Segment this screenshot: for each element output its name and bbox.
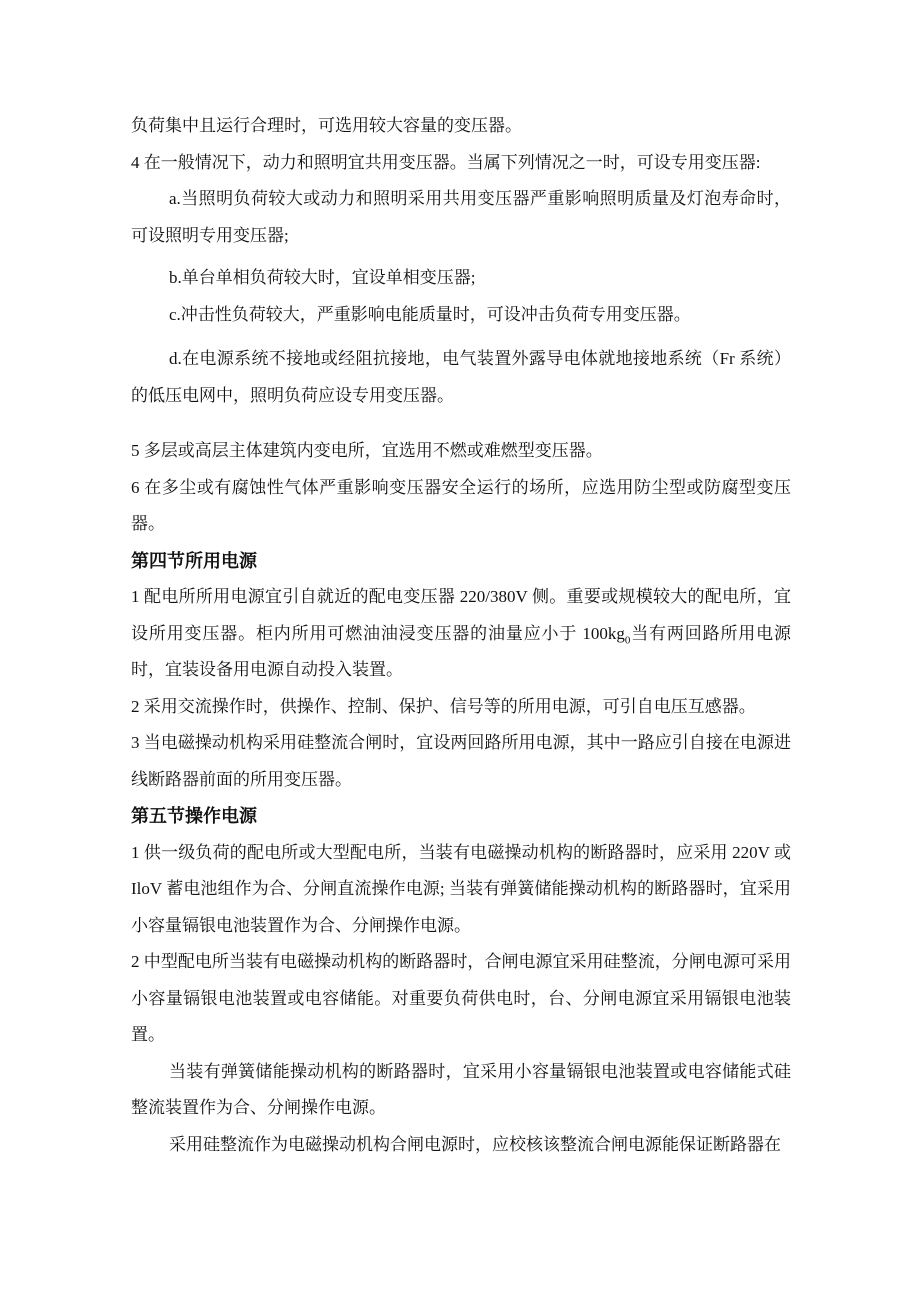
document-body: 负荷集中且运行合理时，可选用较大容量的变压器。 4 在一般情况下，动力和照明宜共… [131, 108, 791, 1163]
paragraph-item-b-single-phase-transformer: b.单台单相负荷较大时，宜设单相变压器; [131, 260, 791, 297]
document-page: 负荷集中且运行合理时，可选用较大容量的变压器。 4 在一般情况下，动力和照明宜共… [0, 0, 920, 1301]
section-heading-operating-power: 第五节操作电源 [131, 798, 791, 835]
paragraph-item-d-ungrounded-system: d.在电源系统不接地或经阻抗接地，电气装置外露导电体就地接地系统（Fr 系统）的… [131, 341, 791, 414]
paragraph-clause-1-station-service-source: 1 配电所所用电源宜引自就近的配电变压器 220/380V 侧。重要或规模较大的… [131, 579, 791, 689]
section-heading-station-service-power: 第四节所用电源 [131, 543, 791, 580]
paragraph-clause-2-ac-operation-source: 2 采用交流操作时，供操作、控制、保护、信号等的所用电源，可引自电压互感器。 [131, 689, 791, 726]
paragraph-item-c-impact-load-transformer: c.冲击性负荷较大，严重影响电能质量时，可设冲击负荷专用变压器。 [131, 297, 791, 334]
paragraph-spring-stored-energy-breaker: 当装有弹簧储能操动机构的断路器时，宜采用小容量镉银电池装置或电容储能式硅整流装置… [131, 1054, 791, 1127]
paragraph-transformer-capacity-continuation: 负荷集中且运行合理时，可选用较大容量的变压器。 [131, 108, 791, 145]
paragraph-clause-4-shared-transformer: 4 在一般情况下，动力和照明宜共用变压器。当属下列情况之一时，可设专用变压器: [131, 145, 791, 182]
paragraph-clause-6-dustproof-transformer: 6 在多尘或有腐蚀性气体严重影响变压器安全运行的场所，应选用防尘型或防腐型变压器… [131, 470, 791, 543]
paragraph-clause-5-flame-retardant-transformer: 5 多层或高层主体建筑内变电所，宜选用不燃或难燃型变压器。 [131, 433, 791, 470]
paragraph-clause-3-silicon-rectifier-closing: 3 当电磁操动机构采用硅整流合闸时，宜设两回路所用电源，其中一路应引自接在电源进… [131, 725, 791, 798]
paragraph-clause-1-first-class-load-battery: 1 供一级负荷的配电所或大型配电所，当装有电磁操动机构的断路器时，应采用 220… [131, 835, 791, 945]
paragraph-rectifier-closing-check: 采用硅整流作为电磁操动机构合闸电源时，应校核该整流合闸电源能保证断路器在 [131, 1127, 791, 1164]
paragraph-item-a-lighting-transformer: a.当照明负荷较大或动力和照明采用共用变压器严重影响照明质量及灯泡寿命时，可设照… [131, 181, 791, 254]
paragraph-clause-2-medium-station-power: 2 中型配电所当装有电磁操动机构的断路器时，合闸电源宜采用硅整流，分闸电源可采用… [131, 944, 791, 1054]
